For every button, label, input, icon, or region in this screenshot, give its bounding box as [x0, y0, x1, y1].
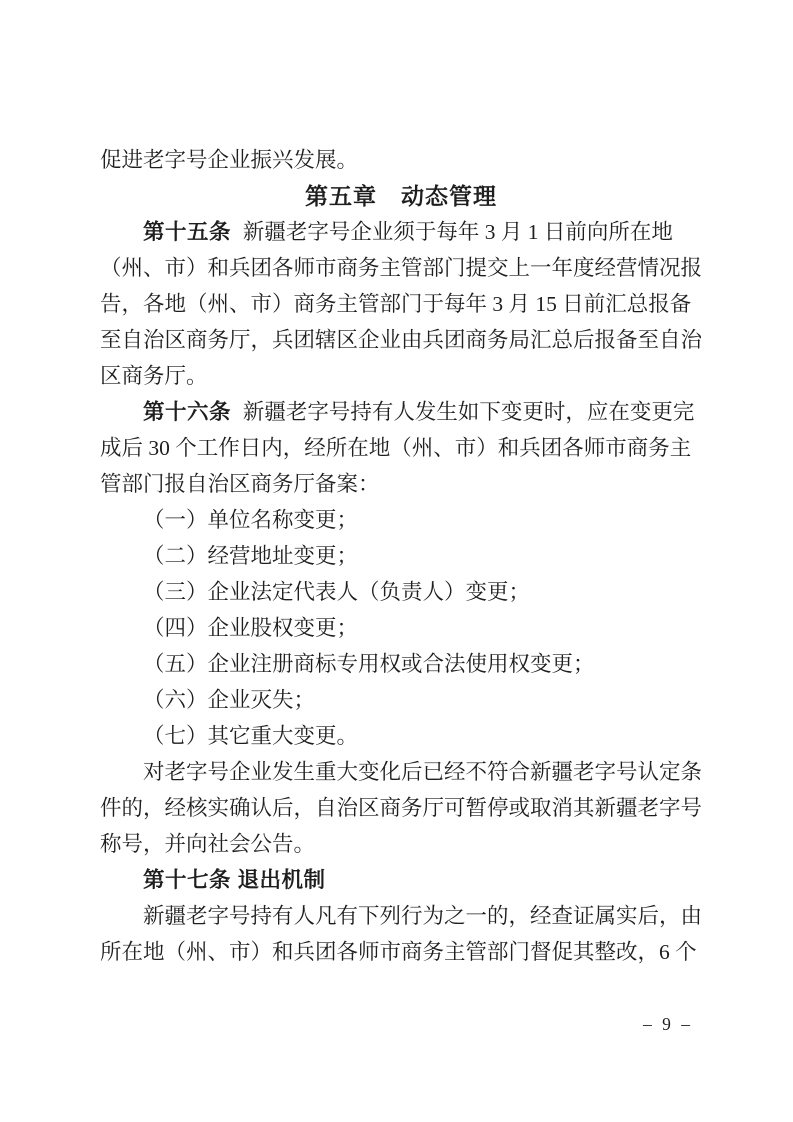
- article-16-closing-line: 称号，并向社会公告。: [100, 826, 702, 862]
- article-15-line: 至自治区商务厅，兵团辖区企业由兵团商务局汇总后报备至自治: [100, 322, 702, 358]
- list-item: （六）企业灭失；: [100, 682, 702, 718]
- article-16-closing-line: 对老字号企业发生重大变化后已经不符合新疆老字号认定条: [100, 754, 702, 790]
- document-body: 促进老字号企业振兴发展。 第五章 动态管理 第十五条新疆老字号企业须于每年 3 …: [100, 142, 702, 970]
- article-15-opening-line: 第十五条新疆老字号企业须于每年 3 月 1 日前向所在地: [100, 214, 702, 250]
- list-item: （二）经营地址变更；: [100, 538, 702, 574]
- article-16-line: 成后 30 个工作日内，经所在地（州、市）和兵团各师市商务主: [100, 430, 702, 466]
- article-16-line: 管部门报自治区商务厅备案：: [100, 466, 702, 502]
- article-16-label: 第十六条: [143, 400, 231, 424]
- article-16-text: 新疆老字号持有人发生如下变更时，应在变更完: [243, 400, 695, 424]
- article-17-heading: 第十七条 退出机制: [100, 862, 702, 898]
- page-number: – 9 –: [643, 1014, 693, 1035]
- list-item: （一）单位名称变更；: [100, 502, 702, 538]
- list-item: （五）企业注册商标专用权或合法使用权变更；: [100, 646, 702, 682]
- list-item: （三）企业法定代表人（负责人）变更；: [100, 574, 702, 610]
- continuation-line: 促进老字号企业振兴发展。: [100, 142, 702, 178]
- article-17-line: 新疆老字号持有人凡有下列行为之一的，经查证属实后，由: [100, 898, 702, 934]
- document-page: 促进老字号企业振兴发展。 第五章 动态管理 第十五条新疆老字号企业须于每年 3 …: [0, 0, 793, 1122]
- article-16-closing-line: 件的，经核实确认后，自治区商务厅可暂停或取消其新疆老字号: [100, 790, 702, 826]
- article-16-opening-line: 第十六条新疆老字号持有人发生如下变更时，应在变更完: [100, 394, 702, 430]
- chapter-heading: 第五章 动态管理: [100, 178, 702, 214]
- list-item: （七）其它重大变更。: [100, 718, 702, 754]
- article-17-line: 所在地（州、市）和兵团各师市商务主管部门督促其整改，6 个: [100, 934, 702, 970]
- article-15-line: （州、市）和兵团各师市商务主管部门提交上一年度经营情况报: [100, 250, 702, 286]
- article-15-text: 新疆老字号企业须于每年 3 月 1 日前向所在地: [243, 220, 673, 244]
- article-15-label: 第十五条: [143, 220, 231, 244]
- list-item: （四）企业股权变更；: [100, 610, 702, 646]
- article-15-line: 区商务厅。: [100, 358, 702, 394]
- article-15-line: 告，各地（州、市）商务主管部门于每年 3 月 15 日前汇总报备: [100, 286, 702, 322]
